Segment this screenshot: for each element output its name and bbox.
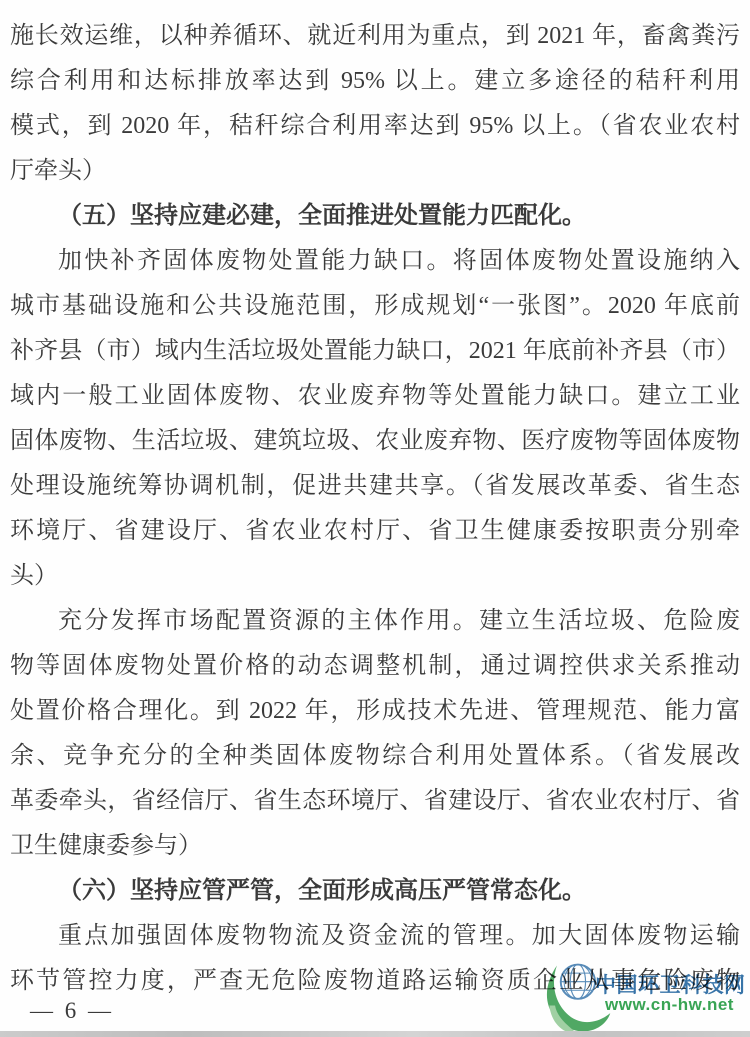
text-line: 革委牵头，省经信厅、省生态环境厅、省建设厅、省农业农村厅、省	[10, 779, 740, 824]
text-line: 余、竞争充分的全种类固体废物综合利用处置体系。（省发展改	[10, 734, 740, 779]
text-line: 城市基础设施和公共设施范围，形成规划“一张图”。2020 年底前	[10, 284, 740, 329]
text-line: 头）	[10, 554, 740, 599]
text-line: 充分发挥市场配置资源的主体作用。建立生活垃圾、危险废	[10, 599, 740, 644]
text-line: 补齐县（市）域内生活垃圾处置能力缺口，2021 年底前补齐县（市）	[10, 329, 740, 374]
section-heading: （六）坚持应管严管，全面形成高压严管常态化。	[10, 869, 740, 914]
page-number: — 6 —	[30, 998, 114, 1024]
document-body: 施长效运维，以种养循环、就近利用为重点，到 2021 年，畜禽粪污 综合利用和达…	[10, 14, 740, 1004]
scan-edge	[0, 1031, 750, 1037]
text-line: 厅牵头）	[10, 149, 740, 194]
text-line: 模式，到 2020 年，秸秆综合利用率达到 95% 以上。（省农业农村	[10, 104, 740, 149]
text-line: 处理设施统筹协调机制，促进共建共享。（省发展改革委、省生态	[10, 464, 740, 509]
text-line: 固体废物、生活垃圾、建筑垃圾、农业废弃物、医疗废物等固体废物	[10, 419, 740, 464]
watermark: 中国环卫科技网 www.cn-hw.net	[531, 948, 750, 1032]
text-line: 域内一般工业固体废物、农业废弃物等处置能力缺口。建立工业	[10, 374, 740, 419]
document-page: 施长效运维，以种养循环、就近利用为重点，到 2021 年，畜禽粪污 综合利用和达…	[0, 0, 750, 1037]
section-heading: （五）坚持应建必建，全面推进处置能力匹配化。	[10, 194, 740, 239]
watermark-site-url: www.cn-hw.net	[605, 995, 734, 1015]
text-line: 加快补齐固体废物处置能力缺口。将固体废物处置设施纳入	[10, 239, 740, 284]
text-line: 综合利用和达标排放率达到 95% 以上。建立多途径的秸秆利用	[10, 59, 740, 104]
text-line: 施长效运维，以种养循环、就近利用为重点，到 2021 年，畜禽粪污	[10, 14, 740, 59]
text-line: 环境厅、省建设厅、省农业农村厅、省卫生健康委按职责分别牵	[10, 509, 740, 554]
text-line: 卫生健康委参与）	[10, 824, 740, 869]
text-line: 物等固体废物处置价格的动态调整机制，通过调控供求关系推动	[10, 644, 740, 689]
text-line: 处置价格合理化。到 2022 年，形成技术先进、管理规范、能力富	[10, 689, 740, 734]
